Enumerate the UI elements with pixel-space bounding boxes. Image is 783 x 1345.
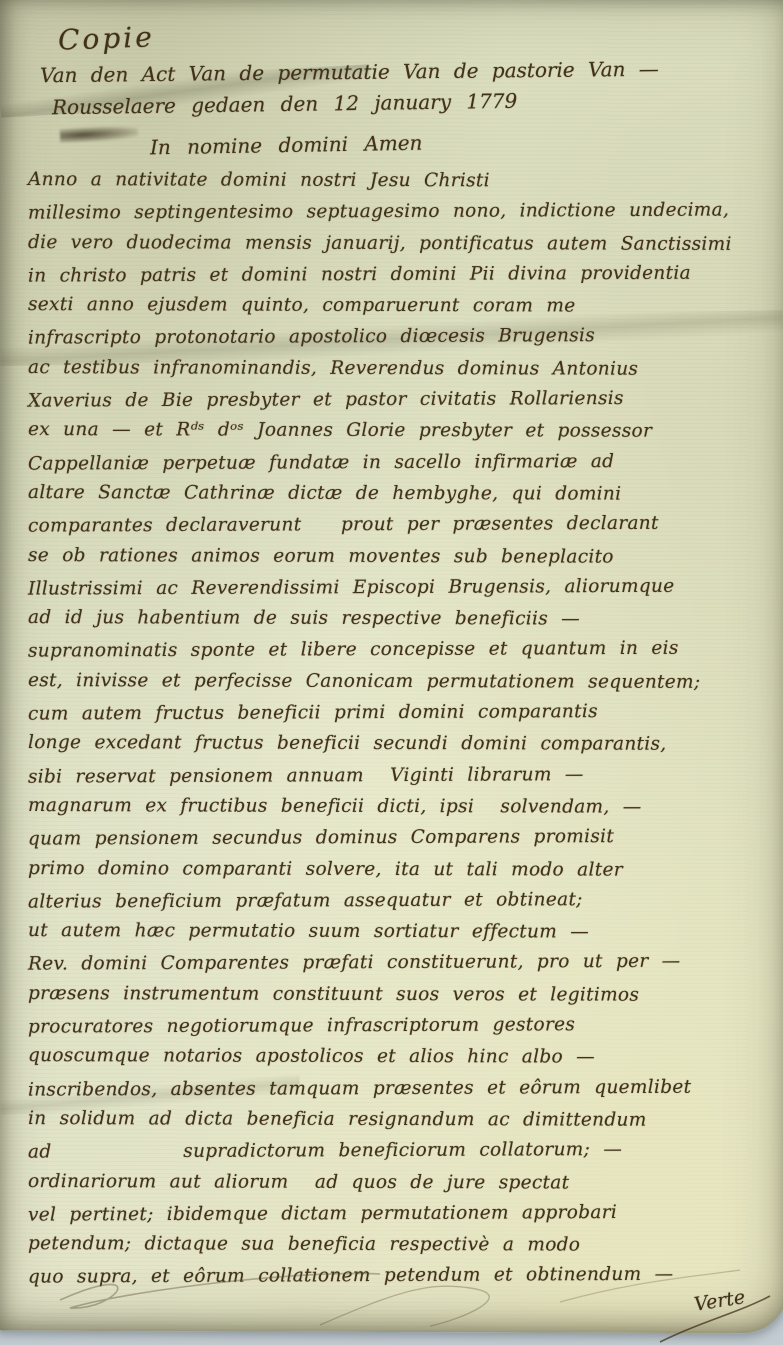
manuscript-line: vel pertinet; ibidemque dictam permutati… <box>28 1201 756 1235</box>
manuscript-line: Rev. domini Comparentes præfati constitu… <box>28 951 756 985</box>
manuscript-line: ac testibus infranominandis, Reverendus … <box>28 357 756 390</box>
manuscript-line: quam pensionem secundus dominus Comparen… <box>28 826 756 860</box>
manuscript-line: altare Sanctæ Cathrinæ dictæ de hembyghe… <box>28 482 756 515</box>
manuscript-line: infrascripto protonotario apostolico diœ… <box>28 325 756 359</box>
manuscript-line: est, inivisse et perfecisse Canonicam pe… <box>28 670 756 703</box>
manuscript-line: die vero duodecima mensis januarij, pont… <box>28 232 756 265</box>
manuscript-line: Anno a nativitate domini nostri Jesu Chr… <box>28 169 756 202</box>
manuscript-line: ex una — et Rᵈˢ dᵒˢ Joannes Glorie presb… <box>28 419 756 452</box>
manuscript-line: petendum; dictaque sua beneficia respect… <box>28 1233 756 1266</box>
manuscript-line: Cappellaniæ perpetuæ fundatæ in sacello … <box>28 450 756 484</box>
manuscript-line: procuratores negotiorumque infrascriptor… <box>28 1013 756 1047</box>
manuscript-line: longe excedant fructus beneficii secundi… <box>28 732 756 765</box>
manuscript-line: Xaverius de Bie presbyter et pastor civi… <box>28 387 756 421</box>
manuscript-line: inscribendos, absentes tamquam præsentes… <box>28 1076 756 1110</box>
manuscript-line: ut autem hæc permutatio suum sortiatur e… <box>28 920 756 953</box>
manuscript-line: comparantes declaraverunt prout per præs… <box>28 513 756 547</box>
invocation-line: In nomine domini Amen <box>150 131 423 160</box>
manuscript-line: magnarum ex fructibus beneficii dicti, i… <box>28 795 756 828</box>
manuscript-line: ad id jus habentium de suis respective b… <box>28 607 756 640</box>
manuscript-line: sexti anno ejusdem quinto, comparuerunt … <box>28 294 756 327</box>
manuscript-line: supranominatis sponte et libere concepis… <box>28 638 756 672</box>
manuscript-line: in christo patris et domini nostri domin… <box>28 262 756 296</box>
scanned-document-photo: Copie Van den Act Van de permutatie Van … <box>0 0 783 1345</box>
manuscript-line: præsens instrumentum constituunt suos ve… <box>28 983 756 1016</box>
manuscript-line: Illustrissimi ac Reverendissimi Episcopi… <box>28 575 756 609</box>
manuscript-line: in solidum ad dicta beneficia resignandu… <box>28 1108 756 1141</box>
document-label-copie: Copie <box>57 20 155 56</box>
manuscript-line: sibi reservat pensionem annuam Viginti l… <box>28 763 756 797</box>
manuscript-body: Anno a nativitate domini nostri Jesu Chr… <box>28 170 756 1297</box>
manuscript-line: quo supra, et eôrum collationem petendum… <box>28 1264 756 1298</box>
manuscript-line: se ob rationes animos eorum moventes sub… <box>28 545 756 578</box>
manuscript-line: ordinariorum aut aliorum ad quos de jure… <box>28 1171 756 1204</box>
manuscript-line: millesimo septingentesimo septuagesimo n… <box>28 200 756 234</box>
manuscript-line: quoscumque notarios apostolicos et alios… <box>28 1045 756 1078</box>
manuscript-line: primo domino comparanti solvere, ita ut … <box>28 858 756 891</box>
manuscript-line: cum autem fructus beneficii primi domini… <box>28 700 756 734</box>
manuscript-line: ad supradictorum beneficiorum collatorum… <box>28 1139 756 1173</box>
manuscript-line: alterius beneficium præfatum assequatur … <box>28 888 756 922</box>
